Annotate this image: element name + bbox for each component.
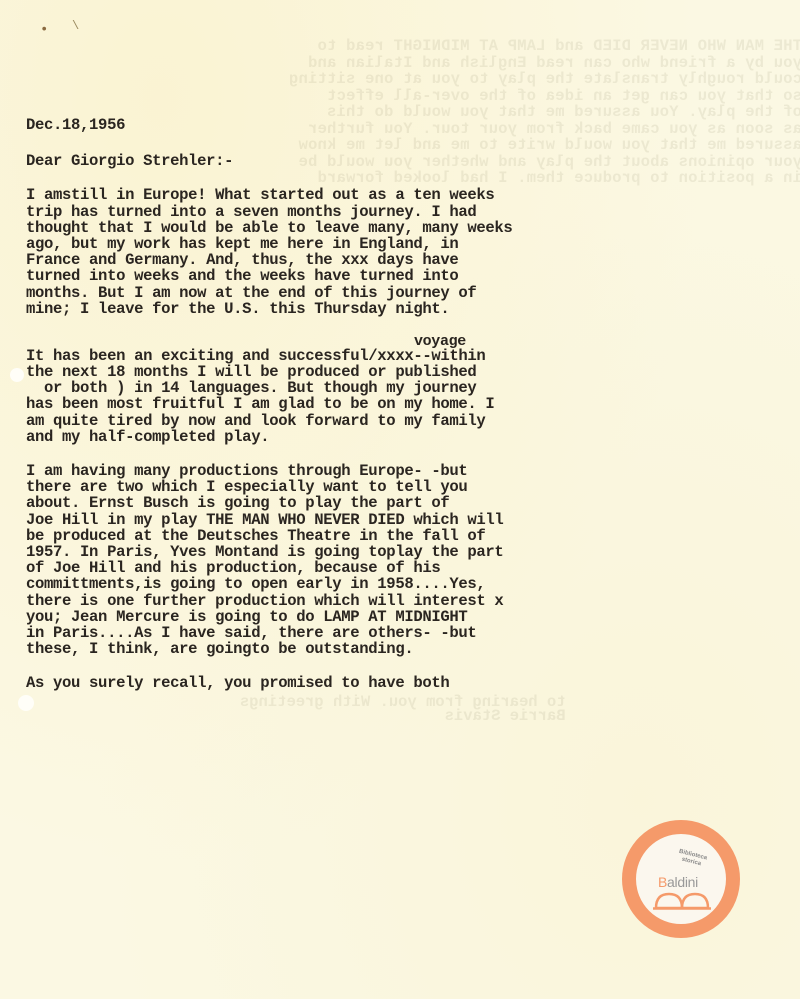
letter-salutation: Dear Giorgio Strehler:- bbox=[26, 153, 586, 169]
handwritten-insertion: voyage bbox=[26, 335, 586, 348]
letter-line: France and Germany. And, thus, the xxx d… bbox=[26, 252, 586, 268]
letter-paragraph: I am having many productions through Eur… bbox=[26, 463, 586, 657]
paper-hole bbox=[10, 368, 24, 382]
letter-line: in Paris....As I have said, there are ot… bbox=[26, 625, 586, 641]
library-stamp-logo: Biblioteca storica Baldini bbox=[622, 820, 740, 938]
letter-line: As you surely recall, you promised to ha… bbox=[26, 675, 586, 691]
letter-line: It has been an exciting and successful/x… bbox=[26, 348, 586, 364]
open-book-icon bbox=[652, 892, 712, 910]
letter-line: thought that I would be able to leave ma… bbox=[26, 220, 586, 236]
letter-paragraph: As you surely recall, you promised to ha… bbox=[26, 675, 586, 691]
letter-line: the next 18 months I will be produced or… bbox=[26, 364, 586, 380]
letter-date: Dec.18,1956 bbox=[26, 117, 586, 133]
letter-line: and my half-completed play. bbox=[26, 429, 586, 445]
letter-line: am quite tired by now and look forward t… bbox=[26, 413, 586, 429]
letter-body: Dec.18,1956 Dear Giorgio Strehler:- I am… bbox=[26, 117, 586, 709]
letter-line: I amstill in Europe! What started out as… bbox=[26, 187, 586, 203]
letter-line: trip has turned into a seven months jour… bbox=[26, 204, 586, 220]
stamp-subtitle: Biblioteca storica bbox=[671, 847, 713, 870]
letter-line: or both ) in 14 languages. But though my… bbox=[26, 380, 586, 396]
letter-line: Joe Hill in my play THE MAN WHO NEVER DI… bbox=[26, 512, 586, 528]
letter-line: turned into weeks and the weeks have tur… bbox=[26, 268, 586, 284]
ink-speck: • bbox=[40, 22, 48, 38]
letter-line: these, I think, are goingto be outstandi… bbox=[26, 641, 586, 657]
letter-paragraph: voyageIt has been an exciting and succes… bbox=[26, 335, 586, 445]
stamp-name: Baldini bbox=[658, 874, 698, 890]
letter-line: mine; I leave for the U.S. this Thursday… bbox=[26, 301, 586, 317]
letter-line: of Joe Hill and his production, because … bbox=[26, 560, 586, 576]
letter-line: about. Ernst Busch is going to play the … bbox=[26, 495, 586, 511]
letter-line: be produced at the Deutsches Theatre in … bbox=[26, 528, 586, 544]
letter-line: 1957. In Paris, Yves Montand is going to… bbox=[26, 544, 586, 560]
letter-line: I am having many productions through Eur… bbox=[26, 463, 586, 479]
letter-line: ago, but my work has kept me here in Eng… bbox=[26, 236, 586, 252]
letter-line: you; Jean Mercure is going to do LAMP AT… bbox=[26, 609, 586, 625]
letter-line: there are two which I especially want to… bbox=[26, 479, 586, 495]
letter-paragraphs: I amstill in Europe! What started out as… bbox=[26, 187, 586, 691]
letter-line: there is one further production which wi… bbox=[26, 593, 586, 609]
letter-line: has been most fruitful I am glad to be o… bbox=[26, 396, 586, 412]
ink-speck: \ bbox=[72, 19, 79, 33]
letter-paragraph: I amstill in Europe! What started out as… bbox=[26, 187, 586, 317]
letter-line: committments,is going to open early in 1… bbox=[26, 576, 586, 592]
letter-line: months. But I am now at the end of this … bbox=[26, 285, 586, 301]
